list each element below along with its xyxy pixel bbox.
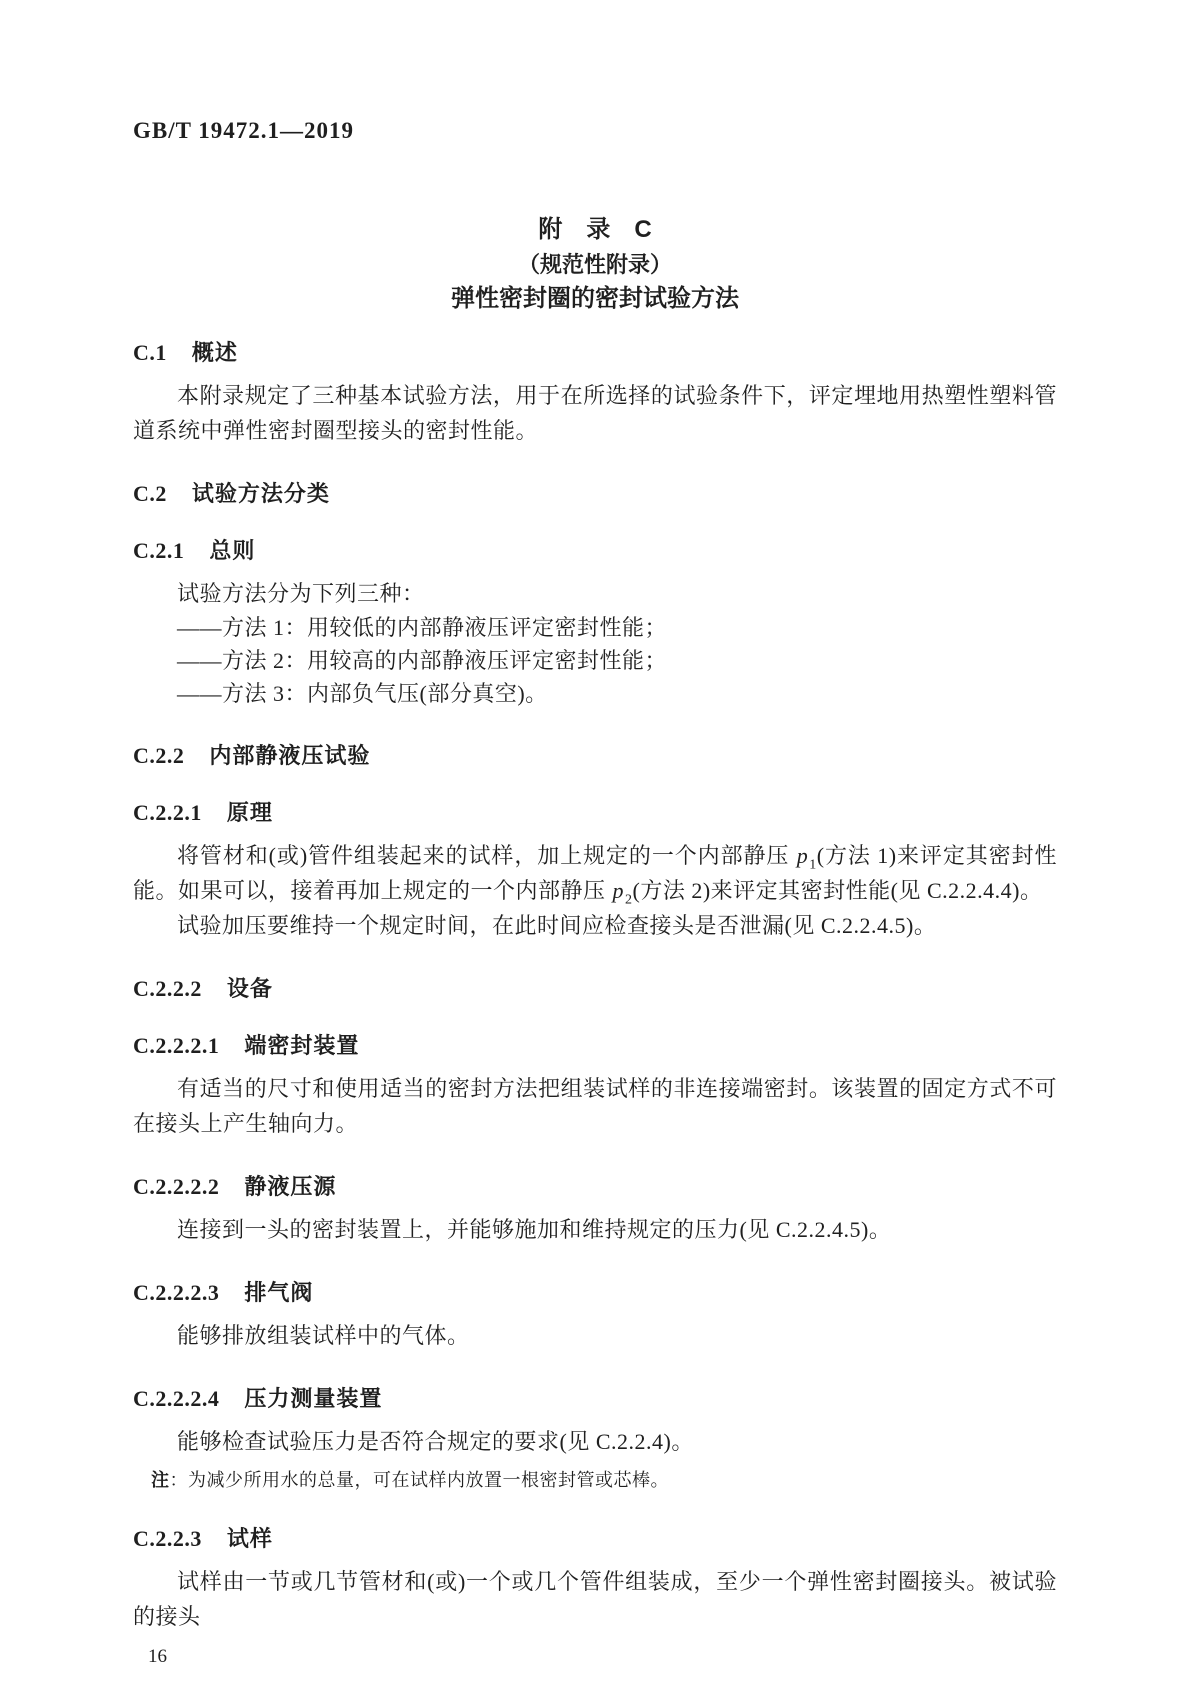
section-title: 排气阀 xyxy=(244,1281,313,1304)
section-number: C.2.2 xyxy=(133,744,184,767)
paragraph-c223: 试样由一节或几节管材和(或)一个或几个管件组装成，至少一个弹性密封圈接头。被试验… xyxy=(133,1564,1057,1634)
section-title: 压力测量装置 xyxy=(244,1387,382,1410)
section-title: 试样 xyxy=(227,1527,273,1550)
paragraph-c2221: 有适当的尺寸和使用适当的密封方法把组装试样的非连接端密封。该装置的固定方式不可在… xyxy=(133,1071,1057,1141)
appendix-normative-note: （规范性附录） xyxy=(133,254,1057,276)
paragraph-c21-intro: 试验方法分为下列三种： xyxy=(133,576,1057,611)
section-number: C.2.2.3 xyxy=(133,1527,202,1550)
method-list-item: ——方法 2：用较高的内部静液压评定密封性能； xyxy=(133,644,1057,677)
paragraph-c2224: 能够检查试验压力是否符合规定的要求(见 C.2.2.4)。 xyxy=(133,1424,1057,1459)
text-segment: 将管材和(或)管件组装起来的试样，加上规定的一个内部静压 xyxy=(177,843,796,868)
section-number: C.1 xyxy=(133,341,167,364)
section-number: C.2.2.2.2 xyxy=(133,1175,219,1198)
appendix-label: 附 录 C xyxy=(133,218,1057,242)
standard-number: GB/T 19472.1—2019 xyxy=(133,118,1057,144)
text-segment: (方法 2)来评定其密封性能(见 C.2.2.4.4)。 xyxy=(633,878,1043,903)
section-title: 总则 xyxy=(209,539,255,562)
section-number: C.2 xyxy=(133,482,167,505)
page-number: 16 xyxy=(133,1646,1057,1668)
subscript-1: 1 xyxy=(809,857,817,872)
section-number: C.2.2.2.3 xyxy=(133,1281,219,1304)
section-number: C.2.2.1 xyxy=(133,801,202,824)
section-number: C.2.1 xyxy=(133,539,184,562)
section-number: C.2.2.2.4 xyxy=(133,1387,219,1410)
section-title: 内部静液压试验 xyxy=(209,744,370,767)
note-text: ：为减少所用水的总量，可在试样内放置一根密封管或芯棒。 xyxy=(170,1470,670,1490)
method-list-item: ——方法 1：用较低的内部静液压评定密封性能； xyxy=(133,611,1057,644)
paragraph-c221-duration: 试验加压要维持一个规定时间，在此时间应检查接头是否泄漏(见 C.2.2.4.5)… xyxy=(133,908,1057,943)
section-heading-c1: C.1 概述 xyxy=(133,341,1057,364)
pressure-symbol-p2: p xyxy=(612,878,626,903)
subscript-2: 2 xyxy=(625,892,633,907)
paragraph-c2222: 连接到一头的密封装置上，并能够施加和维持规定的压力(见 C.2.2.4.5)。 xyxy=(133,1212,1057,1247)
section-heading-c21: C.2.1 总则 xyxy=(133,539,1057,562)
section-number: C.2.2.2 xyxy=(133,977,202,1000)
section-title: 静液压源 xyxy=(244,1175,336,1198)
paragraph-c2223: 能够排放组装试样中的气体。 xyxy=(133,1318,1057,1353)
section-title: 试验方法分类 xyxy=(192,482,330,505)
section-heading-c2224: C.2.2.2.4 压力测量装置 xyxy=(133,1387,1057,1410)
section-heading-c221: C.2.2.1 原理 xyxy=(133,801,1057,824)
section-title: 原理 xyxy=(227,801,273,824)
section-heading-c2221: C.2.2.2.1 端密封装置 xyxy=(133,1034,1057,1057)
section-title: 概述 xyxy=(192,341,238,364)
section-title: 设备 xyxy=(227,977,273,1000)
section-title: 端密封装置 xyxy=(244,1034,359,1057)
method-list: ——方法 1：用较低的内部静液压评定密封性能； ——方法 2：用较高的内部静液压… xyxy=(133,611,1057,710)
pressure-symbol-p1: p xyxy=(796,843,810,868)
note-label: 注 xyxy=(151,1470,170,1490)
appendix-name: 弹性密封圈的密封试验方法 xyxy=(133,287,1057,311)
note-line: 注：为减少所用水的总量，可在试样内放置一根密封管或芯棒。 xyxy=(133,1467,1057,1493)
method-list-item: ——方法 3：内部负气压(部分真空)。 xyxy=(133,677,1057,710)
section-number: C.2.2.2.1 xyxy=(133,1034,219,1057)
paragraph-c1: 本附录规定了三种基本试验方法，用于在所选择的试验条件下，评定埋地用热塑性塑料管道… xyxy=(133,378,1057,448)
appendix-title-block: 附 录 C （规范性附录） 弹性密封圈的密封试验方法 xyxy=(133,218,1057,311)
section-heading-c2223: C.2.2.2.3 排气阀 xyxy=(133,1281,1057,1304)
section-heading-c223: C.2.2.3 试样 xyxy=(133,1527,1057,1550)
document-page: GB/T 19472.1—2019 附 录 C （规范性附录） 弹性密封圈的密封… xyxy=(0,0,1190,1682)
section-heading-c2222: C.2.2.2.2 静液压源 xyxy=(133,1175,1057,1198)
section-heading-c22: C.2.2 内部静液压试验 xyxy=(133,744,1057,767)
section-heading-c2: C.2 试验方法分类 xyxy=(133,482,1057,505)
section-heading-c222: C.2.2.2 设备 xyxy=(133,977,1057,1000)
paragraph-c221-principle: 将管材和(或)管件组装起来的试样，加上规定的一个内部静压 p1(方法 1)来评定… xyxy=(133,838,1057,908)
